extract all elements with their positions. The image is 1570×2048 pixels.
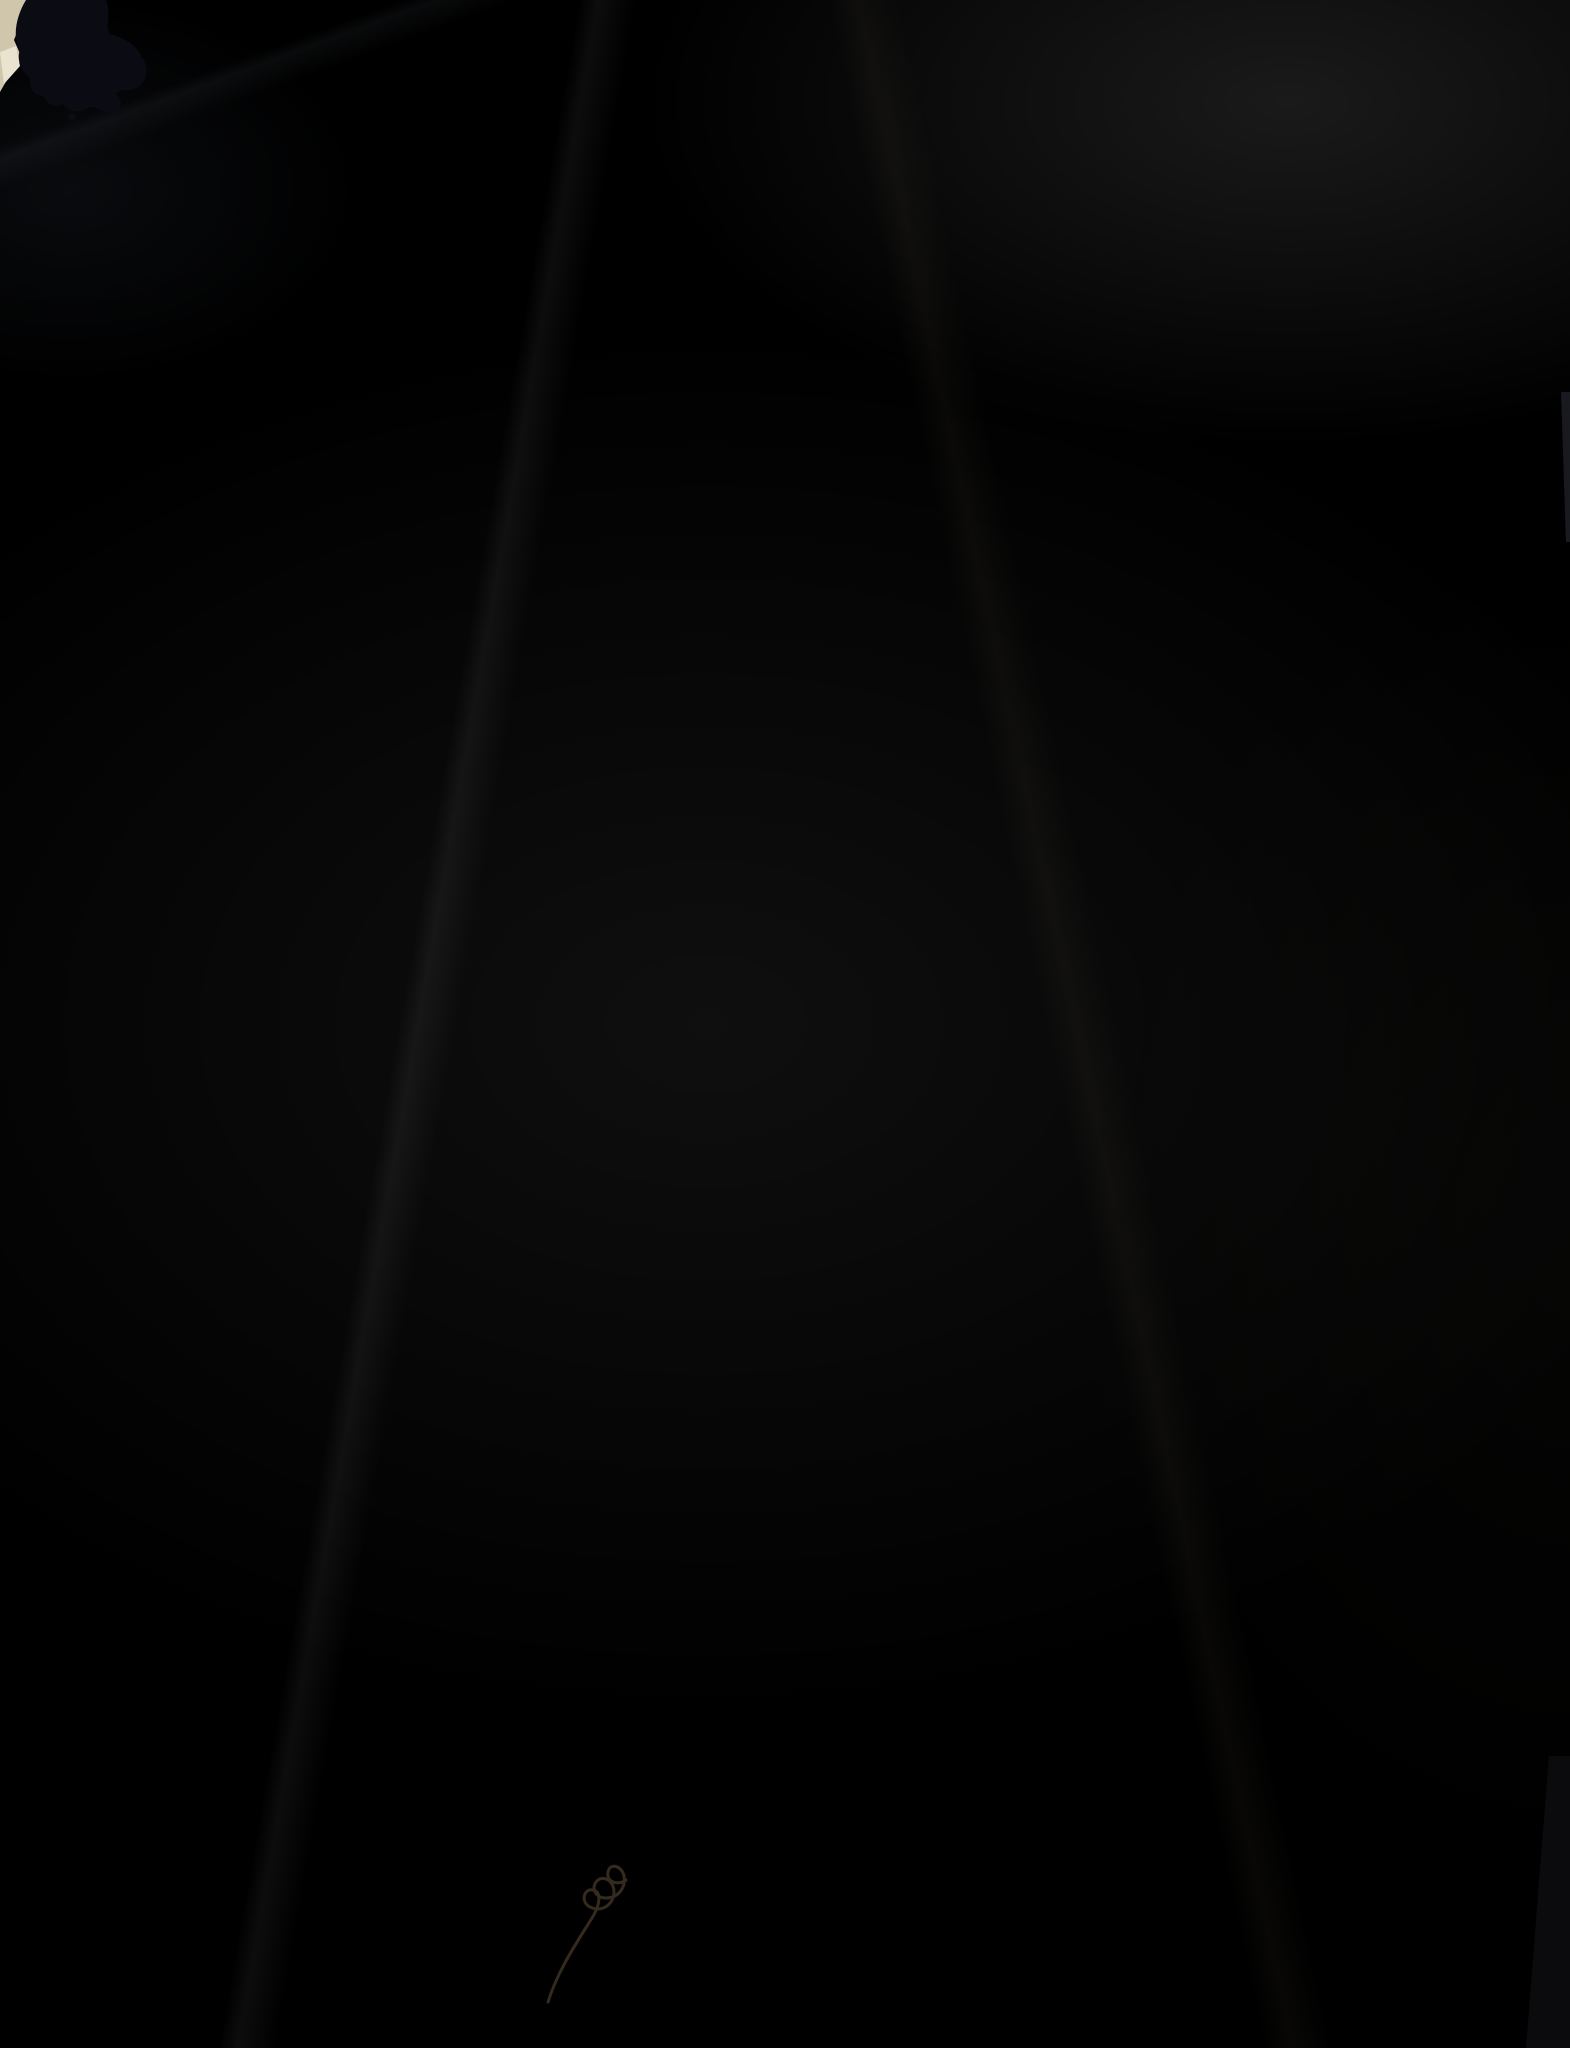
- scan-edge-artifact-top-right: [1561, 392, 1570, 542]
- ink-blot-shape: [16, 0, 147, 112]
- paper-texture: [0, 0, 1570, 2048]
- signature-scrawl: [538, 1852, 688, 2010]
- letter-page: [0, 0, 1570, 2048]
- ink-blot-speck: [68, 113, 76, 121]
- scan-edge-artifact-bottom-right: [1526, 1756, 1570, 2048]
- torn-corner-ink-blot: [0, 0, 200, 170]
